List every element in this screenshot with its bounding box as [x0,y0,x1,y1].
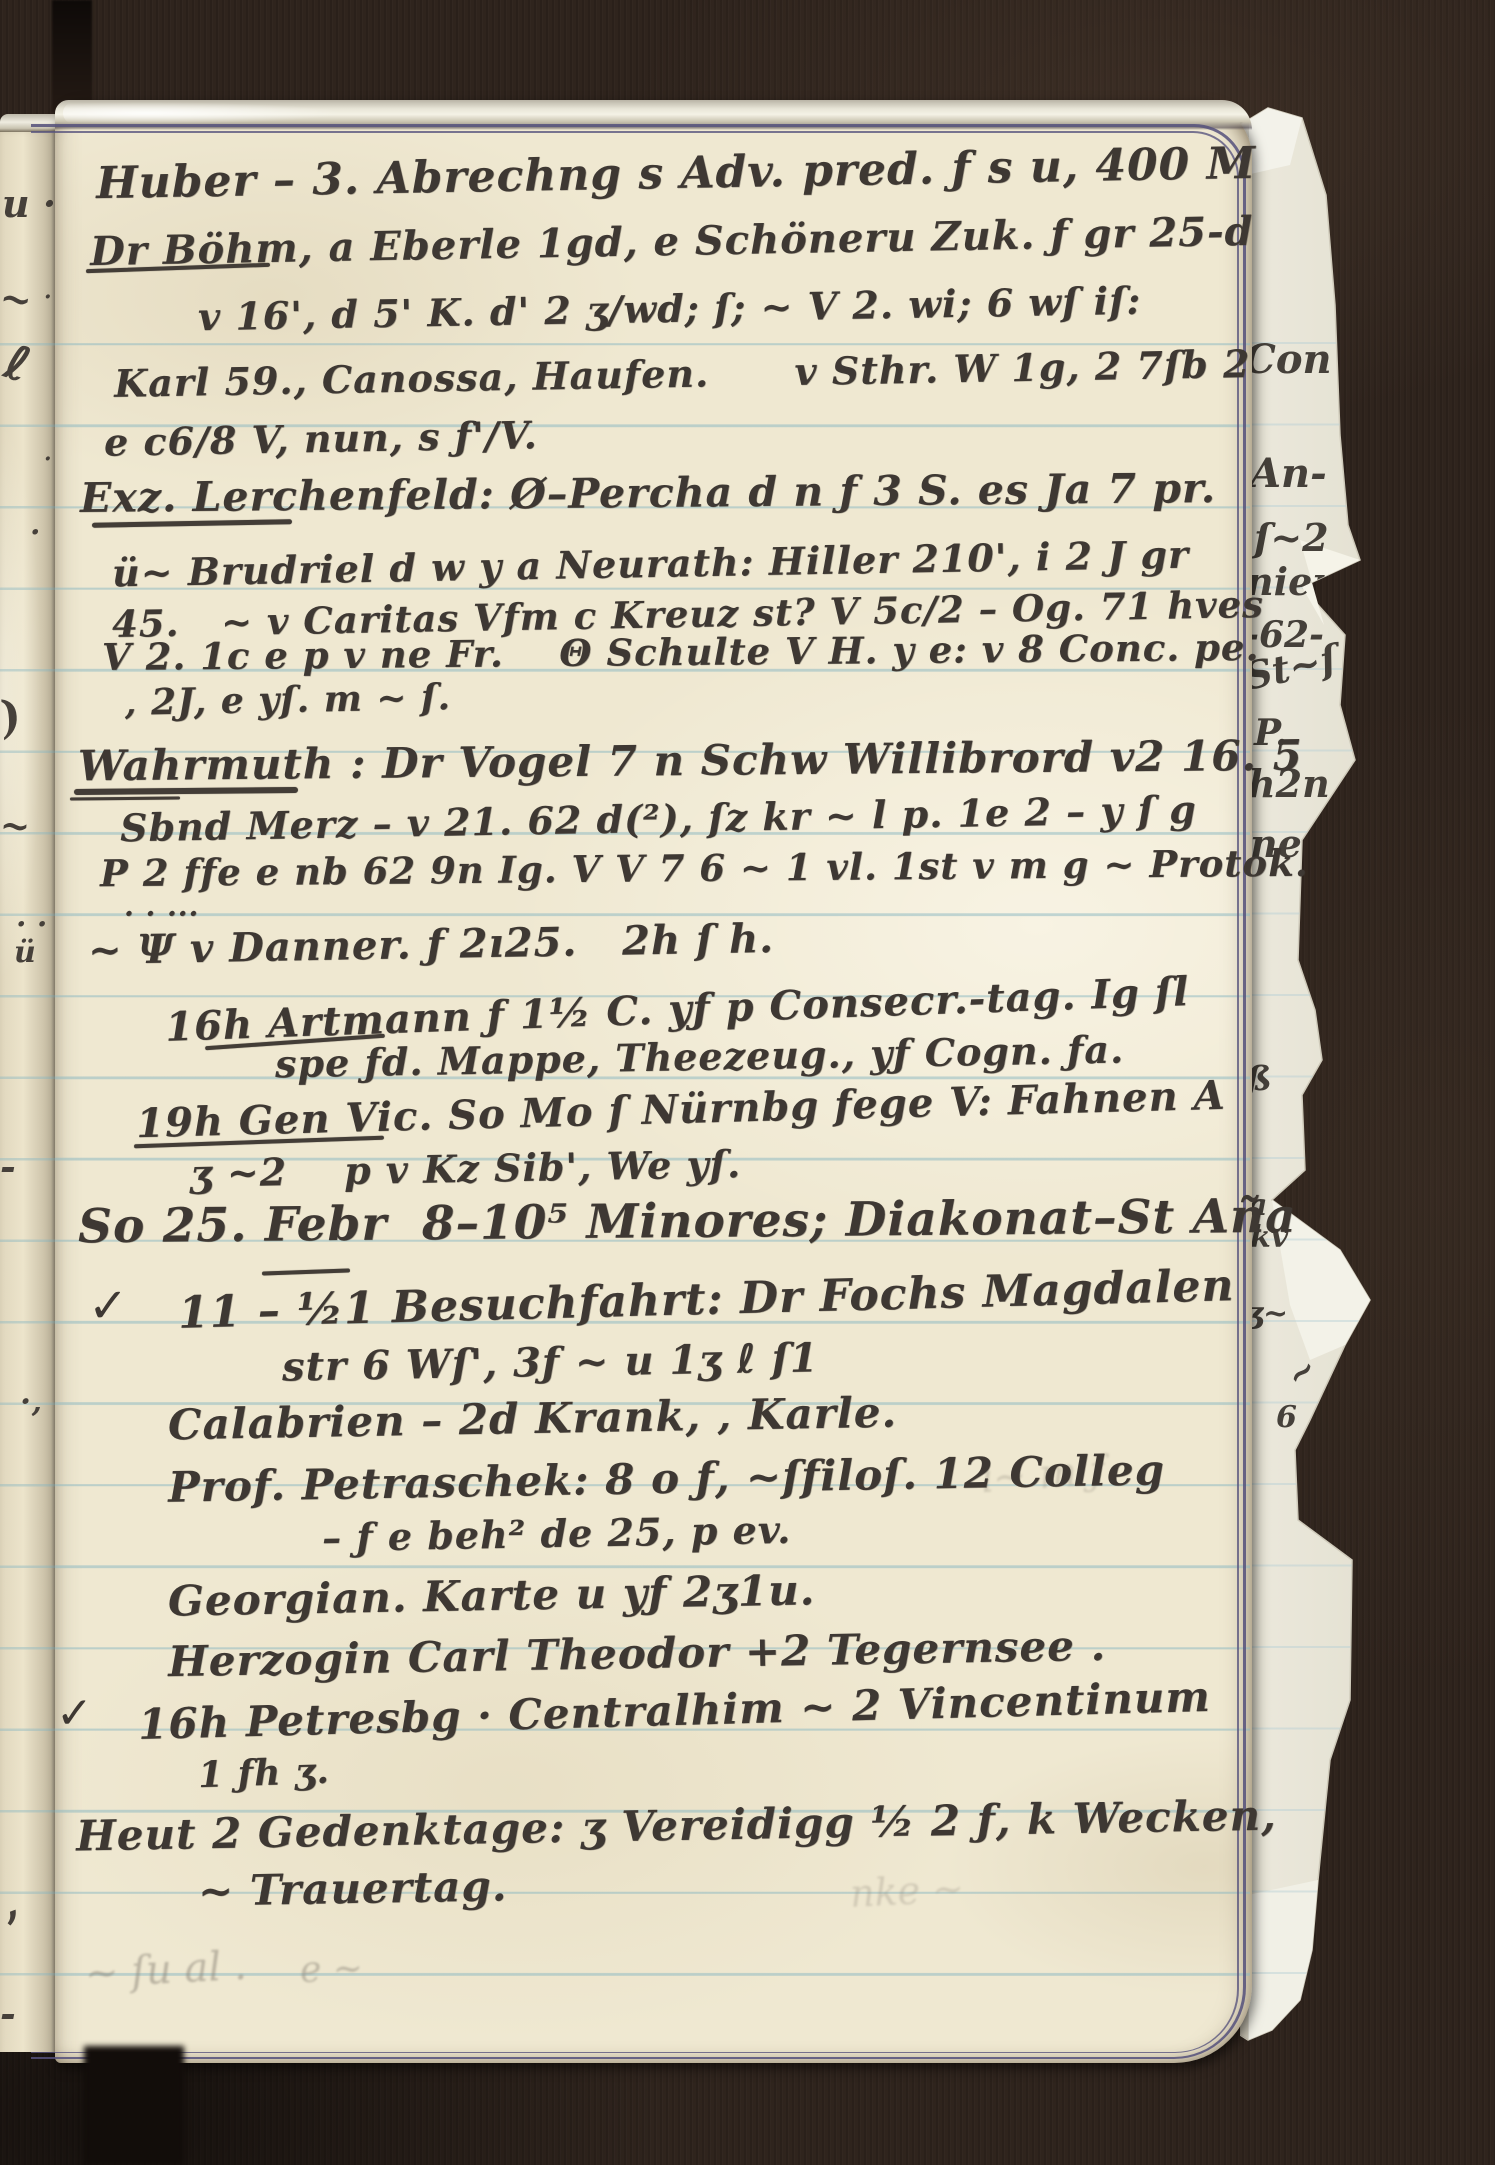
check-mark: ✓ [88,1282,128,1330]
fragment-text: An- [1246,450,1327,497]
handwriting-line: Wahrmuth : Dr Vogel 7 n Schw Willibrord … [78,735,1303,788]
diary-page: ~ ſu al .e ~ı~ m ƒnke ~ Huber – 3. Abrec… [55,100,1252,2063]
handwriting-line: Karl 59., Canossa, Haufen. v Sthr. W 1g,… [114,345,1251,403]
handwriting-line: e c6/8 V, nun, s ƒ'/V. [104,416,538,462]
handwriting-line: spe ƒd. Mappe, Theezeug., yƒ Cogn. ƒa. [275,1031,1125,1084]
handwriting-line: – ƒ e beh² de 25, p ev. [322,1511,792,1557]
underline-stroke [262,1268,350,1275]
handwriting-line: ‚ 2J, e yſ. m ~ ſ. [124,679,452,721]
page-bottom-shadow [84,2046,184,2165]
handwriting-line: Georgian. Karte u yƒ 2ʒ1u. [168,1569,816,1622]
underline-stroke [70,797,180,801]
handwriting-line: 11 – ½1 Besuchfahrt: Dr Fochs Magdalen [178,1264,1235,1336]
handwriting-line: Prof. Petraschek: 8 o ƒ, ~ſfiloſ. 12 Col… [168,1449,1166,1508]
handwriting-line: 1 ƒh ʒ. [197,1753,330,1794]
handwriting-line: ü~ Brudriel d w y a Neurath: Hiller 210'… [112,536,1190,593]
check-mark: ✓ [56,1692,93,1736]
handwriting-line: v 16', d 5' K. d' 2 ʒ/wd; ſ; ~ V 2. wi; … [198,282,1142,336]
handwriting-layer: Huber – 3. Abrechng s Adv. pred. ƒ s u, … [0,0,1197,1963]
handwriting-line: Huber – 3. Abrechng s Adv. pred. ƒ s u, … [96,142,1257,206]
handwriting-line: Heut 2 Gedenktage: ʒ Vereidigg ½ 2 ƒ, k … [76,1795,1277,1858]
handwriting-line: 16h Petresbg · Centralhim ~ 2 Vincentinu… [138,1676,1212,1746]
handwriting-line: Exz. Lerchenfeld: Ø–Percha d n ƒ 3 S. es… [80,468,1216,519]
handwriting-line: Sbnd Merz – v 21. 62 d(²), ſz kr ~ l p. … [120,791,1197,848]
handwriting-line: · · ··· [124,900,199,928]
scan-backdrop: u ·~ℓ·)~· ·ü-·‚‚-·· Con ~An-ſ~2nier-62-S… [0,0,1495,2165]
handwriting-line: Herzogin Carl Theodor +2 Tegernsee . [168,1625,1107,1683]
handwriting-line: ʒ ~2 p v Kz Sib', We yſ. [190,1145,742,1193]
handwriting-line: str 6 Wſ', 3ƒ ~ u 1ʒ ℓ ſ1 [282,1338,819,1387]
fragment-text: Con ~ [1244,336,1379,383]
fragment-text: 6 [1276,1400,1297,1435]
handwriting-line: P 2 ffe e nb 62 9n Ig. V V 7 6 ~ 1 vl. 1… [100,845,1309,893]
underline-stroke [74,787,298,795]
torn-paper-curl [1248,1880,1318,2040]
torn-next-page-strip: Con ~An-ſ~2nier-62-St~ſP.h2nner .ßakvʒ~~… [1240,105,1430,2057]
handwriting-line: Calabrien – 2d Krank, ‚ Karle. [168,1392,898,1447]
handwriting-line: So 25. Febr 8–10⁵ Minores; Diakonat–St A… [78,1193,1297,1251]
handwriting-line: ~ Ψ v Danner. ƒ 2ı25. 2h ſ h. [88,919,775,971]
handwriting-line: ~ Trauertag. [198,1865,508,1912]
handwriting-line: 19h Gen Vic. So Mo ſ Nürnbg fege V: Fahn… [136,1076,1226,1145]
margin-stray-mark: - [0,1995,16,2033]
handwriting-line: V 2. 1c e p v ne Fr. Θ Schulte V H. y e:… [102,629,1260,676]
fragment-text: ſ~2 [1251,515,1329,560]
